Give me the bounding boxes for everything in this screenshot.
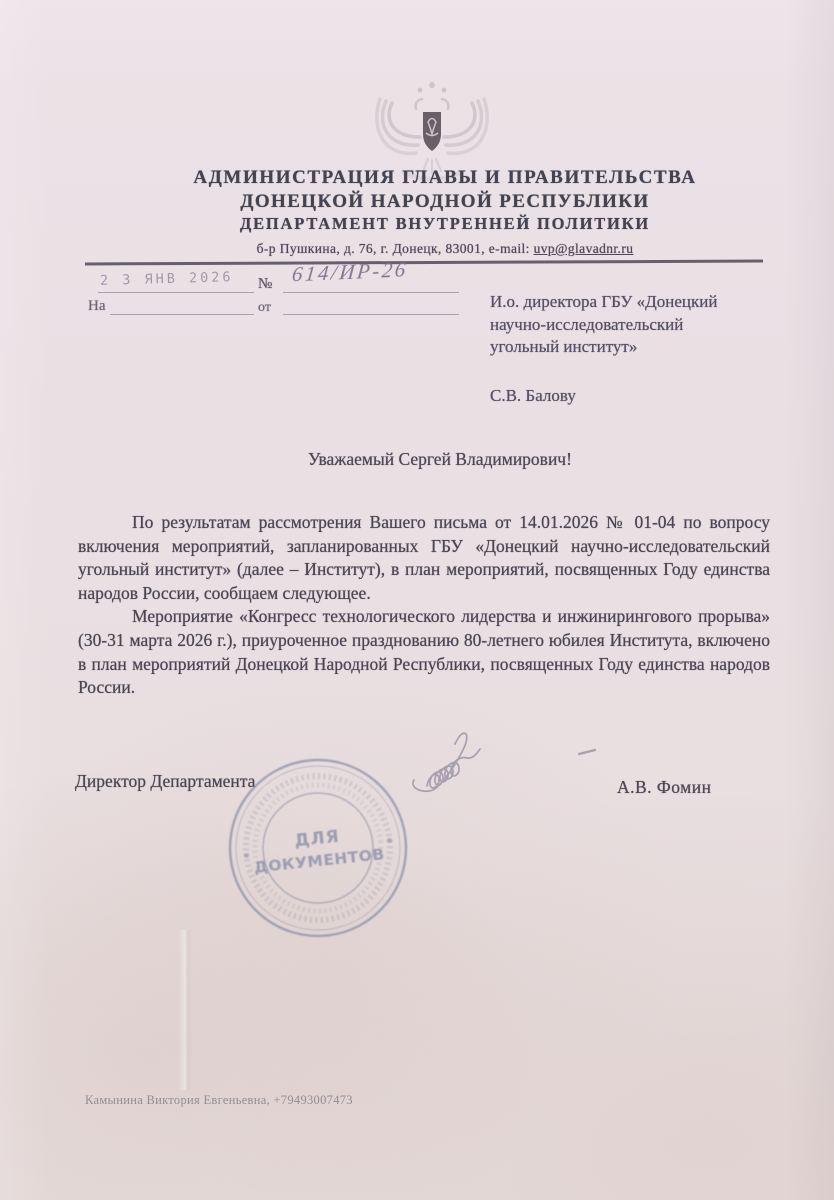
stamp-text-line2: ДОКУМЕНТОВ — [253, 845, 385, 877]
recipient-block: И.о. директора ГБУ «Донецкий научно-иссл… — [490, 291, 790, 407]
scanned-letter-page: АДМИНИСТРАЦИЯ ГЛАВЫ И ПРАВИТЕЛЬСТВА ДОНЕ… — [0, 0, 834, 1200]
org-name-line3: ДЕПАРТАМЕНТ ВНУТРЕННЕЙ ПОЛИТИКИ — [105, 213, 785, 235]
outgoing-number-handwritten: 614/ИР-26 — [291, 257, 409, 287]
recipient-line2: научно-исследовательский — [490, 314, 790, 337]
round-stamp-icon: ДЛЯ ДОКУМЕНТОВ — [217, 747, 419, 949]
signature-scribble-icon — [393, 728, 607, 816]
date-received-stamp: 2 3 ЯНВ 2026 — [100, 269, 234, 289]
letterhead: АДМИНИСТРАЦИЯ ГЛАВЫ И ПРАВИТЕЛЬСТВА ДОНЕ… — [105, 166, 785, 257]
reply-from-label: от — [258, 300, 271, 316]
recipient-line1: И.о. директора ГБУ «Донецкий — [490, 291, 790, 314]
date-underline — [98, 292, 254, 293]
reply-from-underline — [283, 314, 459, 315]
letterhead-address: б-р Пушкина, д. 76, г. Донецк, 83001, e-… — [105, 241, 785, 257]
org-name-line2: ДОНЕЦКОЙ НАРОДНОЙ РЕСПУБЛИКИ — [105, 190, 785, 213]
body-paragraph-2: Мероприятие «Конгресс технологического л… — [78, 605, 770, 699]
org-name-line1: АДМИНИСТРАЦИЯ ГЛАВЫ И ПРАВИТЕЛЬСТВА — [105, 166, 785, 190]
address-text: б-р Пушкина, д. 76, г. Донецк, 83001, e-… — [257, 241, 534, 256]
body-paragraph-1: По результатам рассмотрения Вашего письм… — [78, 511, 770, 605]
reply-to-underline — [110, 314, 254, 315]
recipient-line3: угольный институт» — [490, 336, 790, 359]
salutation: Уважаемый Сергей Владимирович! — [160, 449, 720, 470]
paper-fold — [178, 930, 192, 1090]
executor-contact: Камынина Виктория Евгеньевна, +794930074… — [85, 1093, 353, 1108]
stamp-text-line1: ДЛЯ — [293, 827, 340, 852]
letterhead-email: uvp@glavadnr.ru — [534, 241, 634, 256]
letter-body: По результатам рассмотрения Вашего письм… — [78, 511, 770, 700]
signer-name: А.В. Фомин — [617, 777, 711, 798]
header-divider — [85, 260, 763, 266]
number-underline — [283, 292, 459, 293]
recipient-name: С.В. Балову — [490, 385, 790, 408]
number-label: № — [258, 276, 272, 293]
reply-to-label: На — [88, 298, 106, 315]
